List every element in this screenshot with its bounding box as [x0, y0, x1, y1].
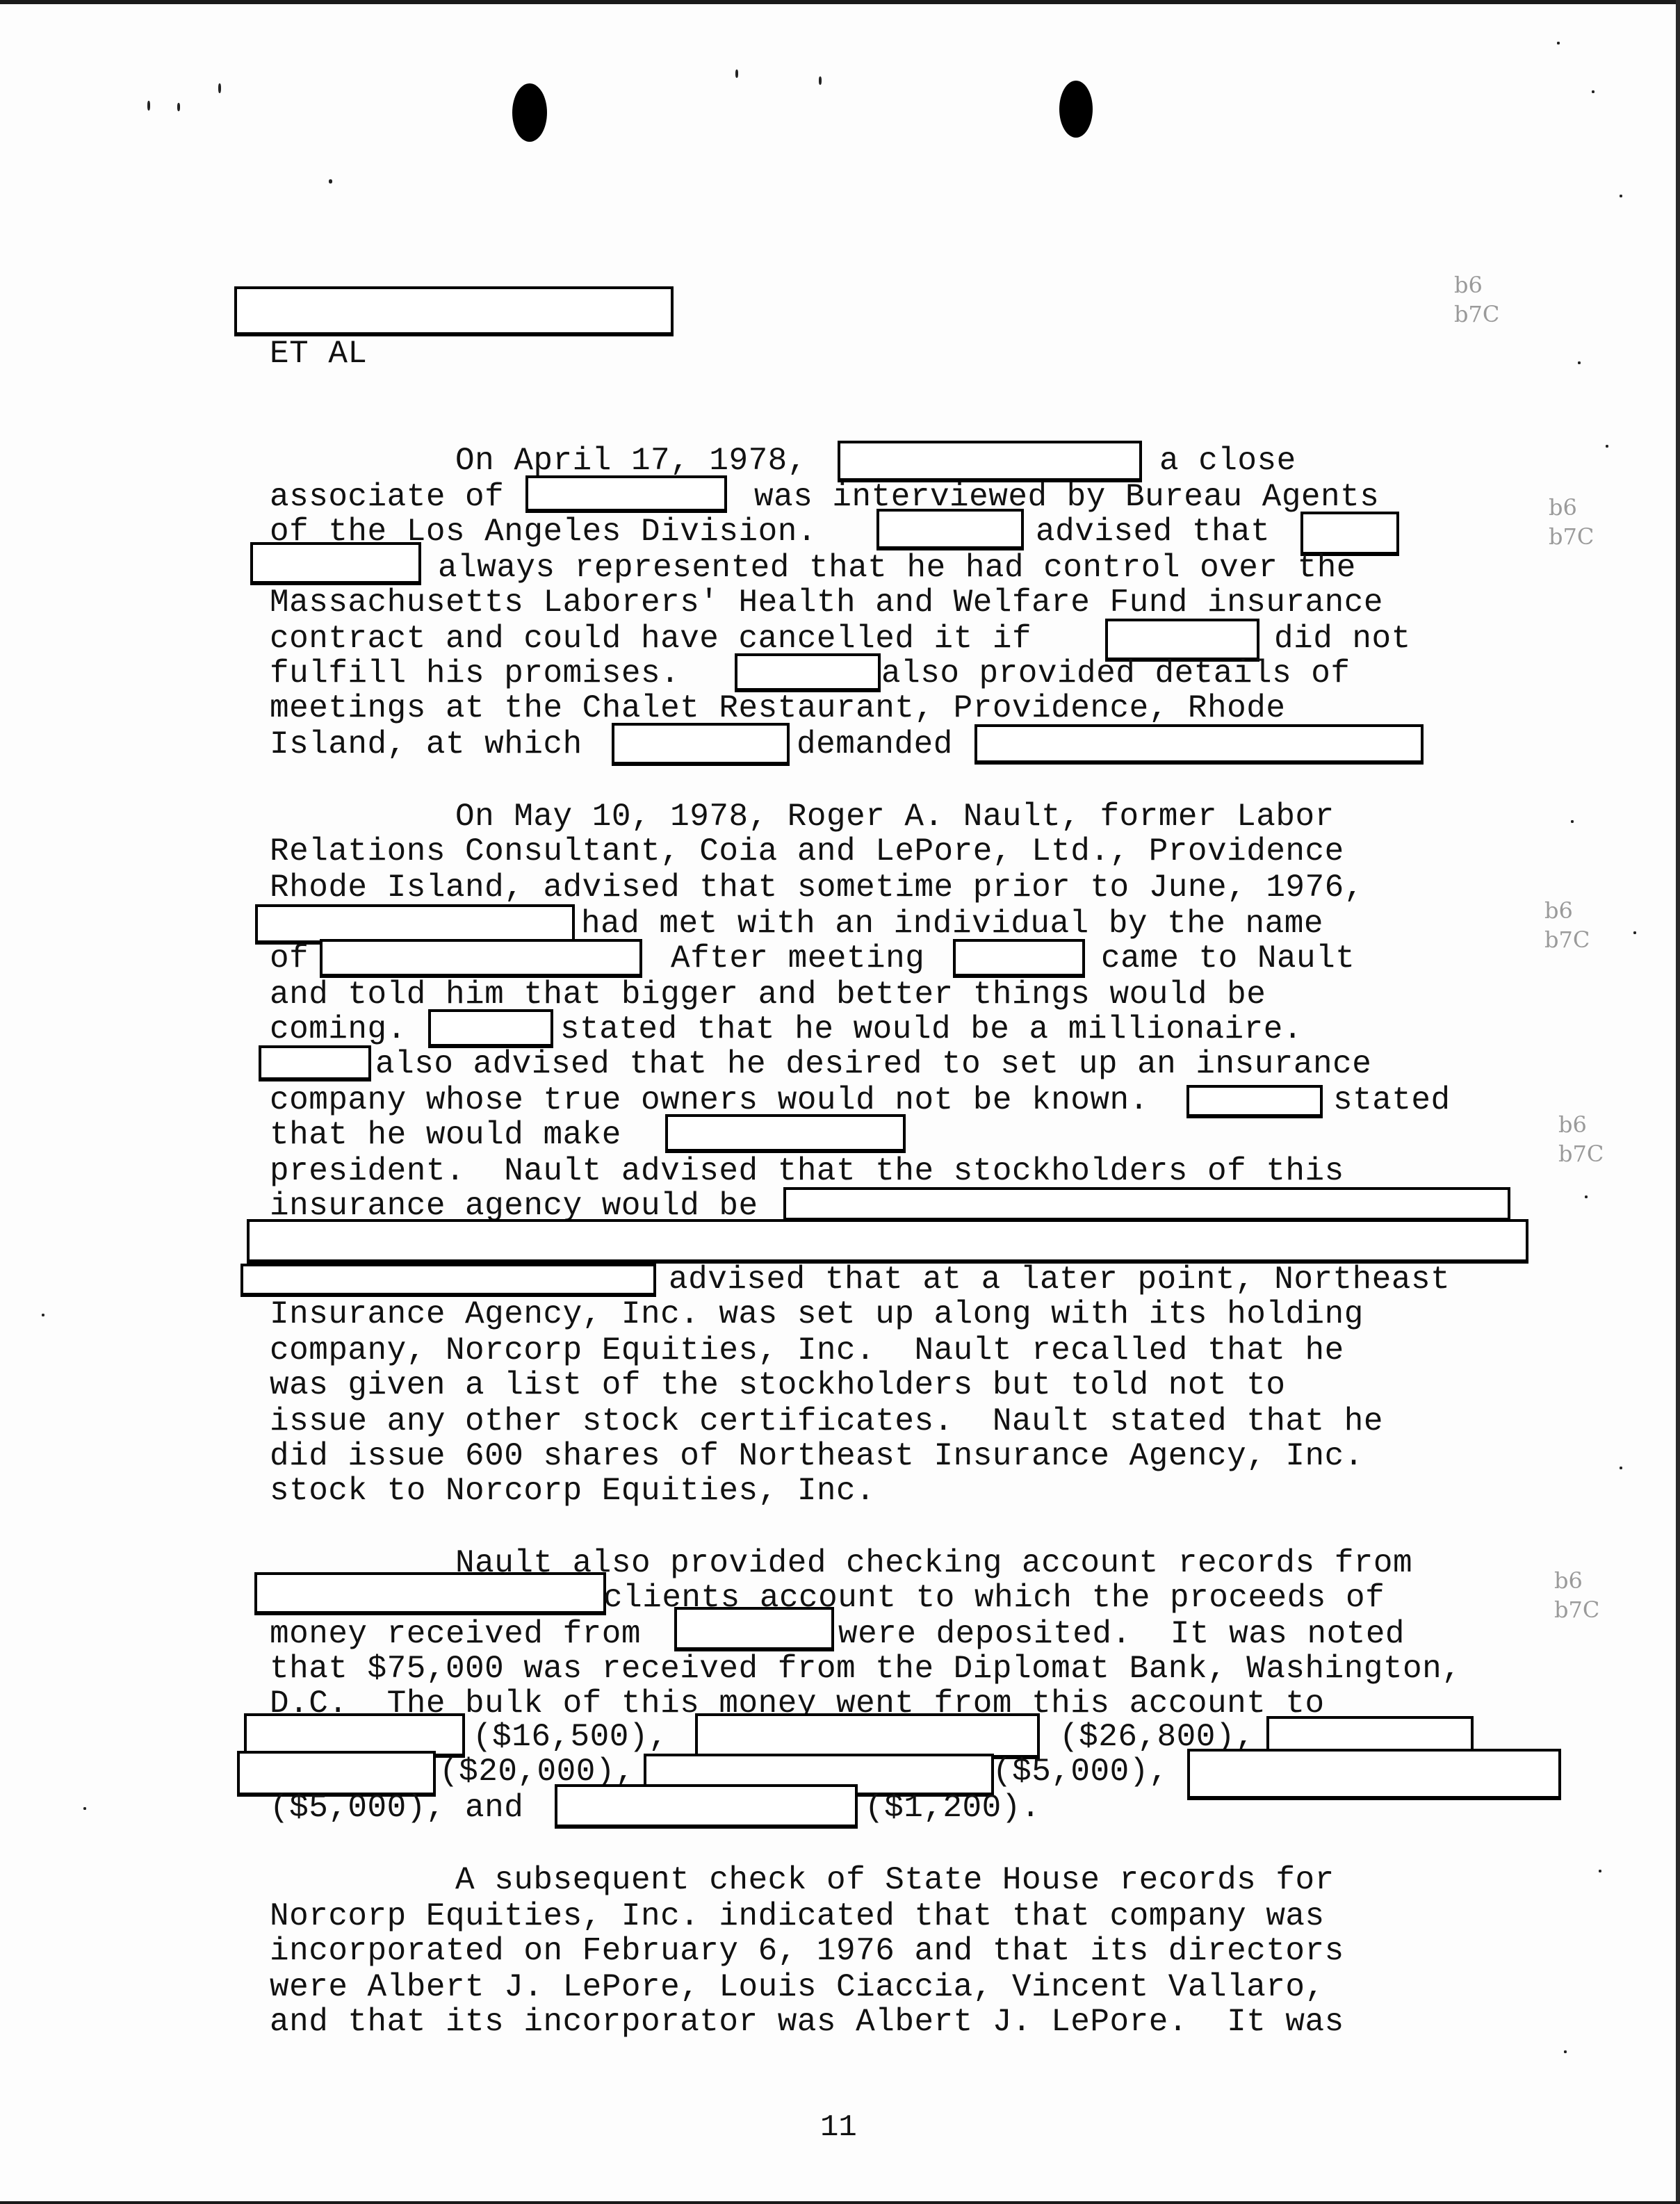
text-line: stock to Norcorp Equities, Inc. — [270, 1474, 875, 1508]
redaction-box — [612, 723, 790, 766]
text-line: coming. — [270, 1012, 407, 1047]
text-line: Rhode Island, advised that sometime prio… — [270, 870, 1364, 905]
redaction-box — [259, 1045, 371, 1081]
text-line: demanded — [797, 727, 953, 762]
exemption-code-b7c: b7C — [1558, 1140, 1604, 1168]
redaction-box — [1266, 1716, 1474, 1754]
text-line: also provided details of — [881, 656, 1351, 691]
redaction-box — [234, 286, 674, 336]
text-line: insurance agency would be — [270, 1189, 758, 1223]
exemption-code-b7c: b7C — [1544, 926, 1590, 954]
text-line: stated — [1333, 1083, 1451, 1118]
punch-hole-left — [512, 83, 547, 142]
scan-right-edge — [1676, 0, 1680, 2204]
redaction-box — [247, 1219, 1528, 1264]
redaction-box — [735, 653, 881, 692]
text-line: were deposited. It was noted — [838, 1617, 1405, 1651]
redaction-box — [695, 1713, 1040, 1759]
text-line: Relations Consultant, Coia and LePore, L… — [270, 834, 1344, 869]
text-line: that he would make — [270, 1118, 621, 1152]
redaction-box — [1187, 1749, 1561, 1800]
text-line: company whose true owners would not be k… — [270, 1083, 1149, 1118]
page-number: 11 — [820, 2110, 857, 2145]
text-line: associate of — [270, 480, 504, 514]
text-line: fulfill his promises. — [270, 656, 680, 691]
text-line: After meeting — [671, 941, 924, 976]
redaction-box — [428, 1009, 553, 1048]
redaction-box — [525, 475, 727, 513]
text-line: Norcorp Equities, Inc. indicated that th… — [270, 1899, 1325, 1934]
text-line: advised that — [1036, 514, 1270, 549]
redaction-box — [974, 724, 1424, 765]
scan-bottom-edge — [0, 2201, 1680, 2204]
text-line: ($5,000), and — [270, 1790, 523, 1825]
scan-top-edge — [0, 0, 1680, 4]
text-line: incorporated on February 6, 1976 and tha… — [270, 1934, 1344, 1968]
redaction-box — [254, 1572, 606, 1615]
redaction-box — [783, 1187, 1510, 1222]
text-line: company, Norcorp Equities, Inc. Nault re… — [270, 1333, 1344, 1368]
text-line: were Albert J. LePore, Louis Ciaccia, Vi… — [270, 1970, 1325, 2005]
text-line: stated that he would be a millionaire. — [560, 1012, 1303, 1047]
text-line: was interviewed by Bureau Agents — [754, 480, 1379, 514]
text-line: On April 17, 1978, — [455, 443, 807, 478]
text-line: came to Nault — [1101, 941, 1355, 976]
text-line: ($16,500), — [473, 1720, 668, 1754]
redaction-box — [240, 1264, 656, 1297]
redaction-box — [674, 1607, 834, 1651]
text-line: meetings at the Chalet Restaurant, Provi… — [270, 691, 1285, 726]
text-line: had met with an individual by the name — [581, 906, 1323, 941]
text-line: and that its incorporator was Albert J. … — [270, 2005, 1344, 2039]
text-line: Massachusetts Laborers' Health and Welfa… — [270, 585, 1383, 620]
punch-hole-right — [1059, 81, 1093, 138]
exemption-code-b6: b6 — [1554, 1567, 1583, 1594]
redaction-box — [250, 542, 421, 585]
text-line: president. Nault advised that the stockh… — [270, 1154, 1344, 1189]
text-line: A subsequent check of State House record… — [455, 1863, 1335, 1897]
text-line: did issue 600 shares of Northeast Insura… — [270, 1439, 1364, 1474]
text-line: ($5,000), — [993, 1754, 1168, 1789]
exemption-code-b6: b6 — [1454, 271, 1483, 299]
text-line: money received from — [270, 1617, 641, 1651]
text-line: always represented that he had control o… — [438, 550, 1356, 585]
text-line: was given a list of the stockholders but… — [270, 1368, 1285, 1403]
text-line: Insurance Agency, Inc. was set up along … — [270, 1297, 1364, 1332]
text-line: a close — [1159, 443, 1296, 478]
text-line: ($1,200). — [865, 1790, 1041, 1825]
text-line: advised that at a later point, Northeast — [669, 1262, 1450, 1297]
document-page: ET AL b6 b7C b6 b7C b6 b7C b6 b7C b6 b7C… — [0, 0, 1680, 2204]
text-line: On May 10, 1978, Roger A. Nault, former … — [455, 799, 1335, 834]
text-line: also advised that he desired to set up a… — [375, 1047, 1371, 1081]
caption-et-al: ET AL — [270, 336, 368, 371]
text-line: of — [270, 941, 309, 976]
text-line: Island, at which — [270, 727, 582, 762]
redaction-box — [1186, 1085, 1323, 1118]
exemption-code-b6: b6 — [1549, 493, 1577, 521]
redaction-box — [665, 1114, 906, 1153]
exemption-code-b7c: b7C — [1549, 523, 1594, 550]
text-line: that $75,000 was received from the Diplo… — [270, 1651, 1461, 1686]
text-line: and told him that bigger and better thin… — [270, 977, 1266, 1012]
exemption-code-b7c: b7C — [1454, 300, 1499, 328]
redaction-box — [953, 939, 1085, 978]
text-line: contract and could have cancelled it if — [270, 621, 1031, 656]
exemption-code-b6: b6 — [1544, 897, 1573, 924]
redaction-box — [876, 509, 1024, 550]
exemption-code-b7c: b7C — [1554, 1596, 1599, 1624]
redaction-box — [555, 1784, 858, 1829]
text-line: issue any other stock certificates. Naul… — [270, 1404, 1383, 1439]
exemption-code-b6: b6 — [1558, 1111, 1587, 1138]
text-line: did not — [1274, 621, 1411, 656]
redaction-box — [320, 939, 642, 978]
redaction-box — [838, 441, 1142, 482]
